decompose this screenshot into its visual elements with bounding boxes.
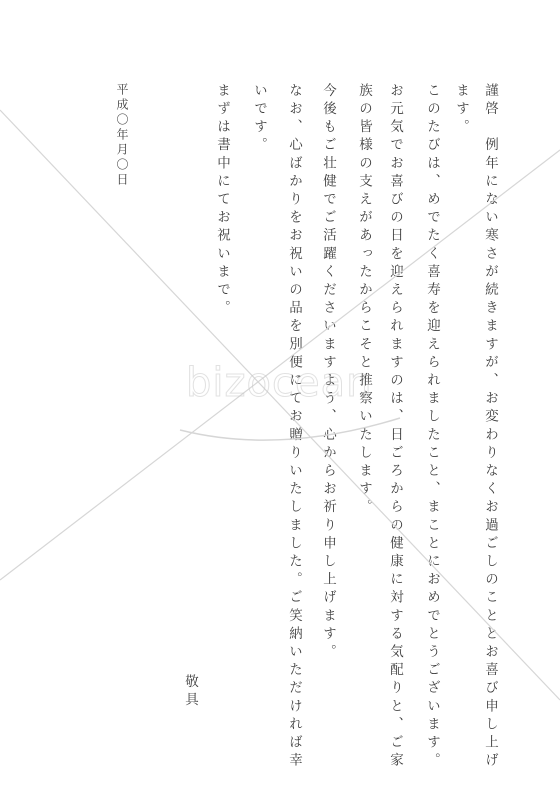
text-column-9: まずは書中にてお祝いまで。 xyxy=(212,83,232,318)
text-column-4: お元気でお喜びの日を迎えられますのは、日ごろからの健康に対する気配りと、ご家 xyxy=(385,83,405,771)
text-column-7: なお、心ばかりをお祝いの品を別便にてお贈りいたしました。ご笑納いただければ幸 xyxy=(284,83,304,771)
letter-page: 謹啓 例年にない寒さが続きますが、お変わりなくお過ごしのこととお喜び申し上げ ま… xyxy=(0,0,560,800)
text-column-2: ます。 xyxy=(451,83,471,137)
closing-keigu: 敬具 xyxy=(180,674,200,710)
text-column-5: 族の皆様の支えがあったからこそと推察いたします。 xyxy=(354,83,374,517)
text-column-3: このたびは、めでたく喜寿を迎えられましたこと、まことにおめでとうございます。 xyxy=(422,83,442,771)
watermark-logo: bizocean xyxy=(186,360,372,406)
date-line: 平成〇年月〇日 xyxy=(112,83,132,188)
text-column-1: 謹啓 例年にない寒さが続きますが、お変わりなくお過ごしのこととお喜び申し上げ xyxy=(480,83,500,771)
text-column-8: いです。 xyxy=(249,83,269,155)
